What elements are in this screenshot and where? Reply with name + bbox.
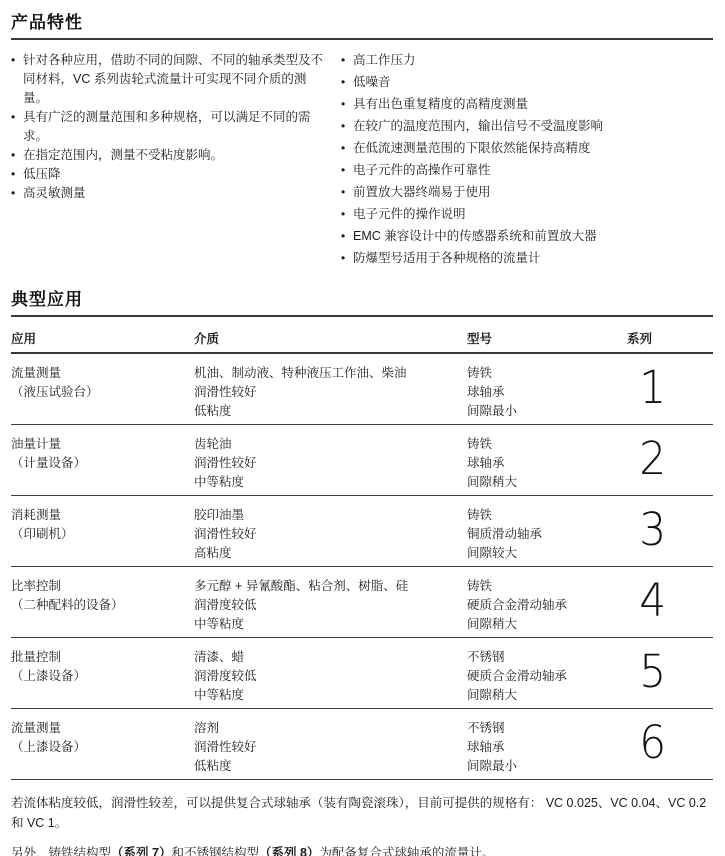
- medium-line: 溶剂: [194, 719, 467, 738]
- model-line: 间隙最小: [467, 402, 627, 421]
- medium-line: 齿轮油: [194, 435, 467, 454]
- medium-line: 机油、制动液、特种液压工作油、柴油: [194, 364, 467, 383]
- feature-text: 电子元件的高操作可靠性: [353, 163, 491, 177]
- model-line: 间隙最小: [467, 757, 627, 776]
- medium-line: 润滑性较好: [194, 738, 467, 757]
- table-row: 比率控制 （二种配料的设备） 多元醇 + 异氰酸酯、粘合剂、树脂、硅 润滑度较低…: [11, 567, 713, 638]
- bullet-icon: •: [341, 139, 345, 158]
- medium-cell: 清漆、蜡 润滑度较低 中等粘度: [194, 648, 467, 708]
- feature-text: 高灵敏测量: [23, 186, 86, 200]
- application-name: 流量测量: [11, 719, 194, 738]
- datasheet-page: 产品特性 •针对各种应用，借助不同的间隙、不同的轴承类型及不同材料，VC 系列齿…: [0, 0, 725, 856]
- feature-item: •在指定范围内，测量不受粘度影响。: [11, 146, 331, 165]
- features-right-column: •高工作压力 •低噪音 •具有出色重复精度的高精度测量 •在较广的温度范围内，输…: [341, 51, 713, 271]
- feature-text: 针对各种应用，借助不同的间隙、不同的轴承类型及不同材料，VC 系列齿轮式流量计可…: [23, 53, 323, 105]
- model-line: 间隙较大: [467, 544, 627, 563]
- application-cell: 比率控制 （二种配料的设备）: [11, 577, 194, 637]
- series-number: 3: [627, 506, 708, 554]
- medium-cell: 多元醇 + 异氰酸酯、粘合剂、树脂、硅 润滑度较低 中等粘度: [194, 577, 467, 637]
- application-note: （印刷机）: [11, 525, 194, 544]
- application-cell: 流量测量 （液压试验台）: [11, 364, 194, 424]
- medium-line: 润滑度较低: [194, 667, 467, 686]
- ball-bearing-note: 若流体粘度较低，润滑性较差，可以提供复合式球轴承（装有陶瓷滚珠），目前可提供的规…: [11, 793, 713, 833]
- applications-table: 应用 介质 型号 系列 流量测量 （液压试验台） 机油、制动液、特种液压工作油、…: [11, 317, 713, 780]
- bullet-icon: •: [341, 51, 345, 70]
- model-cell: 铸铁 球轴承 间隙最小: [467, 364, 627, 424]
- feature-item: •低噪音: [341, 73, 713, 92]
- series-number: 2: [627, 435, 708, 483]
- bullet-icon: •: [341, 205, 345, 224]
- model-line: 硬质合金滑动轴承: [467, 596, 627, 615]
- column-header-medium: 介质: [194, 330, 467, 349]
- model-cell: 铸铁 球轴承 间隙稍大: [467, 435, 627, 495]
- series-note-text: 和不锈钢结构型: [171, 846, 259, 856]
- medium-line: 润滑性较好: [194, 525, 467, 544]
- features-left-column: •针对各种应用，借助不同的间隙、不同的轴承类型及不同材料，VC 系列齿轮式流量计…: [11, 51, 331, 271]
- medium-line: 润滑性较好: [194, 383, 467, 402]
- feature-text: 在低流速测量范围的下限依然能保持高精度: [353, 141, 591, 155]
- bullet-icon: •: [341, 161, 345, 180]
- application-cell: 油量计量 （计量设备）: [11, 435, 194, 495]
- medium-line: 中等粘度: [194, 473, 467, 492]
- bullet-icon: •: [341, 117, 345, 136]
- column-header-application: 应用: [11, 330, 194, 349]
- model-line: 间隙稍大: [467, 686, 627, 705]
- bullet-icon: •: [341, 95, 345, 114]
- medium-line: 低粘度: [194, 402, 467, 421]
- medium-line: 润滑度较低: [194, 596, 467, 615]
- feature-text: 低压降: [23, 167, 61, 181]
- application-name: 油量计量: [11, 435, 194, 454]
- bullet-icon: •: [11, 51, 15, 70]
- bullet-icon: •: [11, 165, 15, 184]
- model-line: 球轴承: [467, 738, 627, 757]
- bullet-icon: •: [341, 73, 345, 92]
- table-row: 流量测量 （液压试验台） 机油、制动液、特种液压工作油、柴油 润滑性较好 低粘度…: [11, 354, 713, 425]
- column-header-model: 型号: [467, 330, 627, 349]
- application-name: 流量测量: [11, 364, 194, 383]
- series-number: 1: [627, 364, 708, 412]
- application-note: （计量设备）: [11, 454, 194, 473]
- features-right-list: •高工作压力 •低噪音 •具有出色重复精度的高精度测量 •在较广的温度范围内，输…: [341, 51, 713, 268]
- series-cell: 4: [627, 577, 713, 637]
- bullet-icon: •: [11, 184, 15, 203]
- series-8-label: （系列 8）: [259, 846, 319, 856]
- feature-text: 电子元件的操作说明: [353, 207, 466, 221]
- medium-line: 胶印油墨: [194, 506, 467, 525]
- medium-line: 润滑性较好: [194, 454, 467, 473]
- feature-item: •在较广的温度范围内，输出信号不受温度影响: [341, 117, 713, 136]
- series-note-text: 为配备复合式球轴承的流量计。: [319, 846, 494, 856]
- footnotes: 若流体粘度较低，润滑性较差，可以提供复合式球轴承（装有陶瓷滚珠），目前可提供的规…: [11, 793, 713, 856]
- application-name: 批量控制: [11, 648, 194, 667]
- model-line: 铸铁: [467, 364, 627, 383]
- feature-item: •电子元件的操作说明: [341, 205, 713, 224]
- model-line: 铸铁: [467, 577, 627, 596]
- series-cell: 5: [627, 648, 713, 708]
- feature-text: 低噪音: [353, 75, 391, 89]
- medium-line: 中等粘度: [194, 686, 467, 705]
- series-note-text: 另外，铸铁结构型: [11, 846, 111, 856]
- table-row: 消耗测量 （印刷机） 胶印油墨 润滑性较好 高粘度 铸铁 铜质滑动轴承 间隙较大…: [11, 496, 713, 567]
- medium-line: 多元醇 + 异氰酸酯、粘合剂、树脂、硅: [194, 577, 467, 596]
- model-line: 铸铁: [467, 506, 627, 525]
- table-row: 流量测量 （上漆设备） 溶剂 润滑性较好 低粘度 不锈钢 球轴承 间隙最小 6: [11, 709, 713, 780]
- model-line: 不锈钢: [467, 719, 627, 738]
- feature-item: •防爆型号适用于各种规格的流量计: [341, 249, 713, 268]
- table-row: 批量控制 （上漆设备） 清漆、蜡 润滑度较低 中等粘度 不锈钢 硬质合金滑动轴承…: [11, 638, 713, 709]
- feature-text: 高工作压力: [353, 53, 416, 67]
- series-cell: 2: [627, 435, 713, 495]
- model-cell: 不锈钢 球轴承 间隙最小: [467, 719, 627, 779]
- model-line: 球轴承: [467, 454, 627, 473]
- features-section-title: 产品特性: [11, 8, 713, 40]
- model-line: 硬质合金滑动轴承: [467, 667, 627, 686]
- bullet-icon: •: [11, 146, 15, 165]
- application-note: （上漆设备）: [11, 738, 194, 757]
- feature-text: 在较广的温度范围内，输出信号不受温度影响: [353, 119, 603, 133]
- bullet-icon: •: [341, 249, 345, 268]
- application-name: 消耗测量: [11, 506, 194, 525]
- series-number: 5: [627, 648, 708, 696]
- feature-text: 具有广泛的测量范围和多种规格，可以满足不同的需求。: [23, 110, 311, 143]
- series-cell: 1: [627, 364, 713, 424]
- feature-item: •针对各种应用，借助不同的间隙、不同的轴承类型及不同材料，VC 系列齿轮式流量计…: [11, 51, 331, 108]
- medium-line: 中等粘度: [194, 615, 467, 634]
- medium-line: 清漆、蜡: [194, 648, 467, 667]
- feature-item: •EMC 兼容设计中的传感器系统和前置放大器: [341, 227, 713, 246]
- model-line: 铜质滑动轴承: [467, 525, 627, 544]
- series-cell: 3: [627, 506, 713, 566]
- feature-item: •电子元件的高操作可靠性: [341, 161, 713, 180]
- application-cell: 流量测量 （上漆设备）: [11, 719, 194, 779]
- feature-item: •前置放大器终端易于使用: [341, 183, 713, 202]
- medium-line: 高粘度: [194, 544, 467, 563]
- feature-item: •高工作压力: [341, 51, 713, 70]
- model-cell: 铸铁 硬质合金滑动轴承 间隙稍大: [467, 577, 627, 637]
- medium-cell: 溶剂 润滑性较好 低粘度: [194, 719, 467, 779]
- bullet-icon: •: [341, 183, 345, 202]
- feature-item: •具有广泛的测量范围和多种规格，可以满足不同的需求。: [11, 108, 331, 146]
- column-header-series: 系列: [627, 330, 713, 349]
- table-header-row: 应用 介质 型号 系列: [11, 317, 713, 354]
- medium-cell: 齿轮油 润滑性较好 中等粘度: [194, 435, 467, 495]
- applications-section-title: 典型应用: [11, 285, 713, 317]
- model-line: 间隙稍大: [467, 473, 627, 492]
- table-row: 油量计量 （计量设备） 齿轮油 润滑性较好 中等粘度 铸铁 球轴承 间隙稍大 2: [11, 425, 713, 496]
- model-line: 不锈钢: [467, 648, 627, 667]
- series-number: 4: [627, 577, 708, 625]
- features-section: •针对各种应用，借助不同的间隙、不同的轴承类型及不同材料，VC 系列齿轮式流量计…: [11, 51, 713, 271]
- feature-text: EMC 兼容设计中的传感器系统和前置放大器: [353, 229, 597, 243]
- model-cell: 不锈钢 硬质合金滑动轴承 间隙稍大: [467, 648, 627, 708]
- feature-item: •具有出色重复精度的高精度测量: [341, 95, 713, 114]
- application-note: （二种配料的设备）: [11, 596, 194, 615]
- series-number: 6: [627, 719, 708, 767]
- features-left-list: •针对各种应用，借助不同的间隙、不同的轴承类型及不同材料，VC 系列齿轮式流量计…: [11, 51, 331, 203]
- bullet-icon: •: [11, 108, 15, 127]
- application-cell: 消耗测量 （印刷机）: [11, 506, 194, 566]
- medium-line: 低粘度: [194, 757, 467, 776]
- application-name: 比率控制: [11, 577, 194, 596]
- series-cell: 6: [627, 719, 713, 779]
- bullet-icon: •: [341, 227, 345, 246]
- feature-item: •高灵敏测量: [11, 184, 331, 203]
- application-note: （上漆设备）: [11, 667, 194, 686]
- feature-text: 防爆型号适用于各种规格的流量计: [353, 251, 541, 265]
- model-line: 球轴承: [467, 383, 627, 402]
- medium-cell: 胶印油墨 润滑性较好 高粘度: [194, 506, 467, 566]
- feature-text: 在指定范围内，测量不受粘度影响。: [23, 148, 223, 162]
- medium-cell: 机油、制动液、特种液压工作油、柴油 润滑性较好 低粘度: [194, 364, 467, 424]
- series-note: 另外，铸铁结构型（系列 7）和不锈钢结构型（系列 8）为配备复合式球轴承的流量计…: [11, 843, 713, 856]
- application-cell: 批量控制 （上漆设备）: [11, 648, 194, 708]
- feature-text: 具有出色重复精度的高精度测量: [353, 97, 528, 111]
- application-note: （液压试验台）: [11, 383, 194, 402]
- model-line: 间隙稍大: [467, 615, 627, 634]
- feature-text: 前置放大器终端易于使用: [353, 185, 491, 199]
- model-cell: 铸铁 铜质滑动轴承 间隙较大: [467, 506, 627, 566]
- feature-item: •在低流速测量范围的下限依然能保持高精度: [341, 139, 713, 158]
- feature-item: •低压降: [11, 165, 331, 184]
- series-7-label: （系列 7）: [111, 846, 171, 856]
- model-line: 铸铁: [467, 435, 627, 454]
